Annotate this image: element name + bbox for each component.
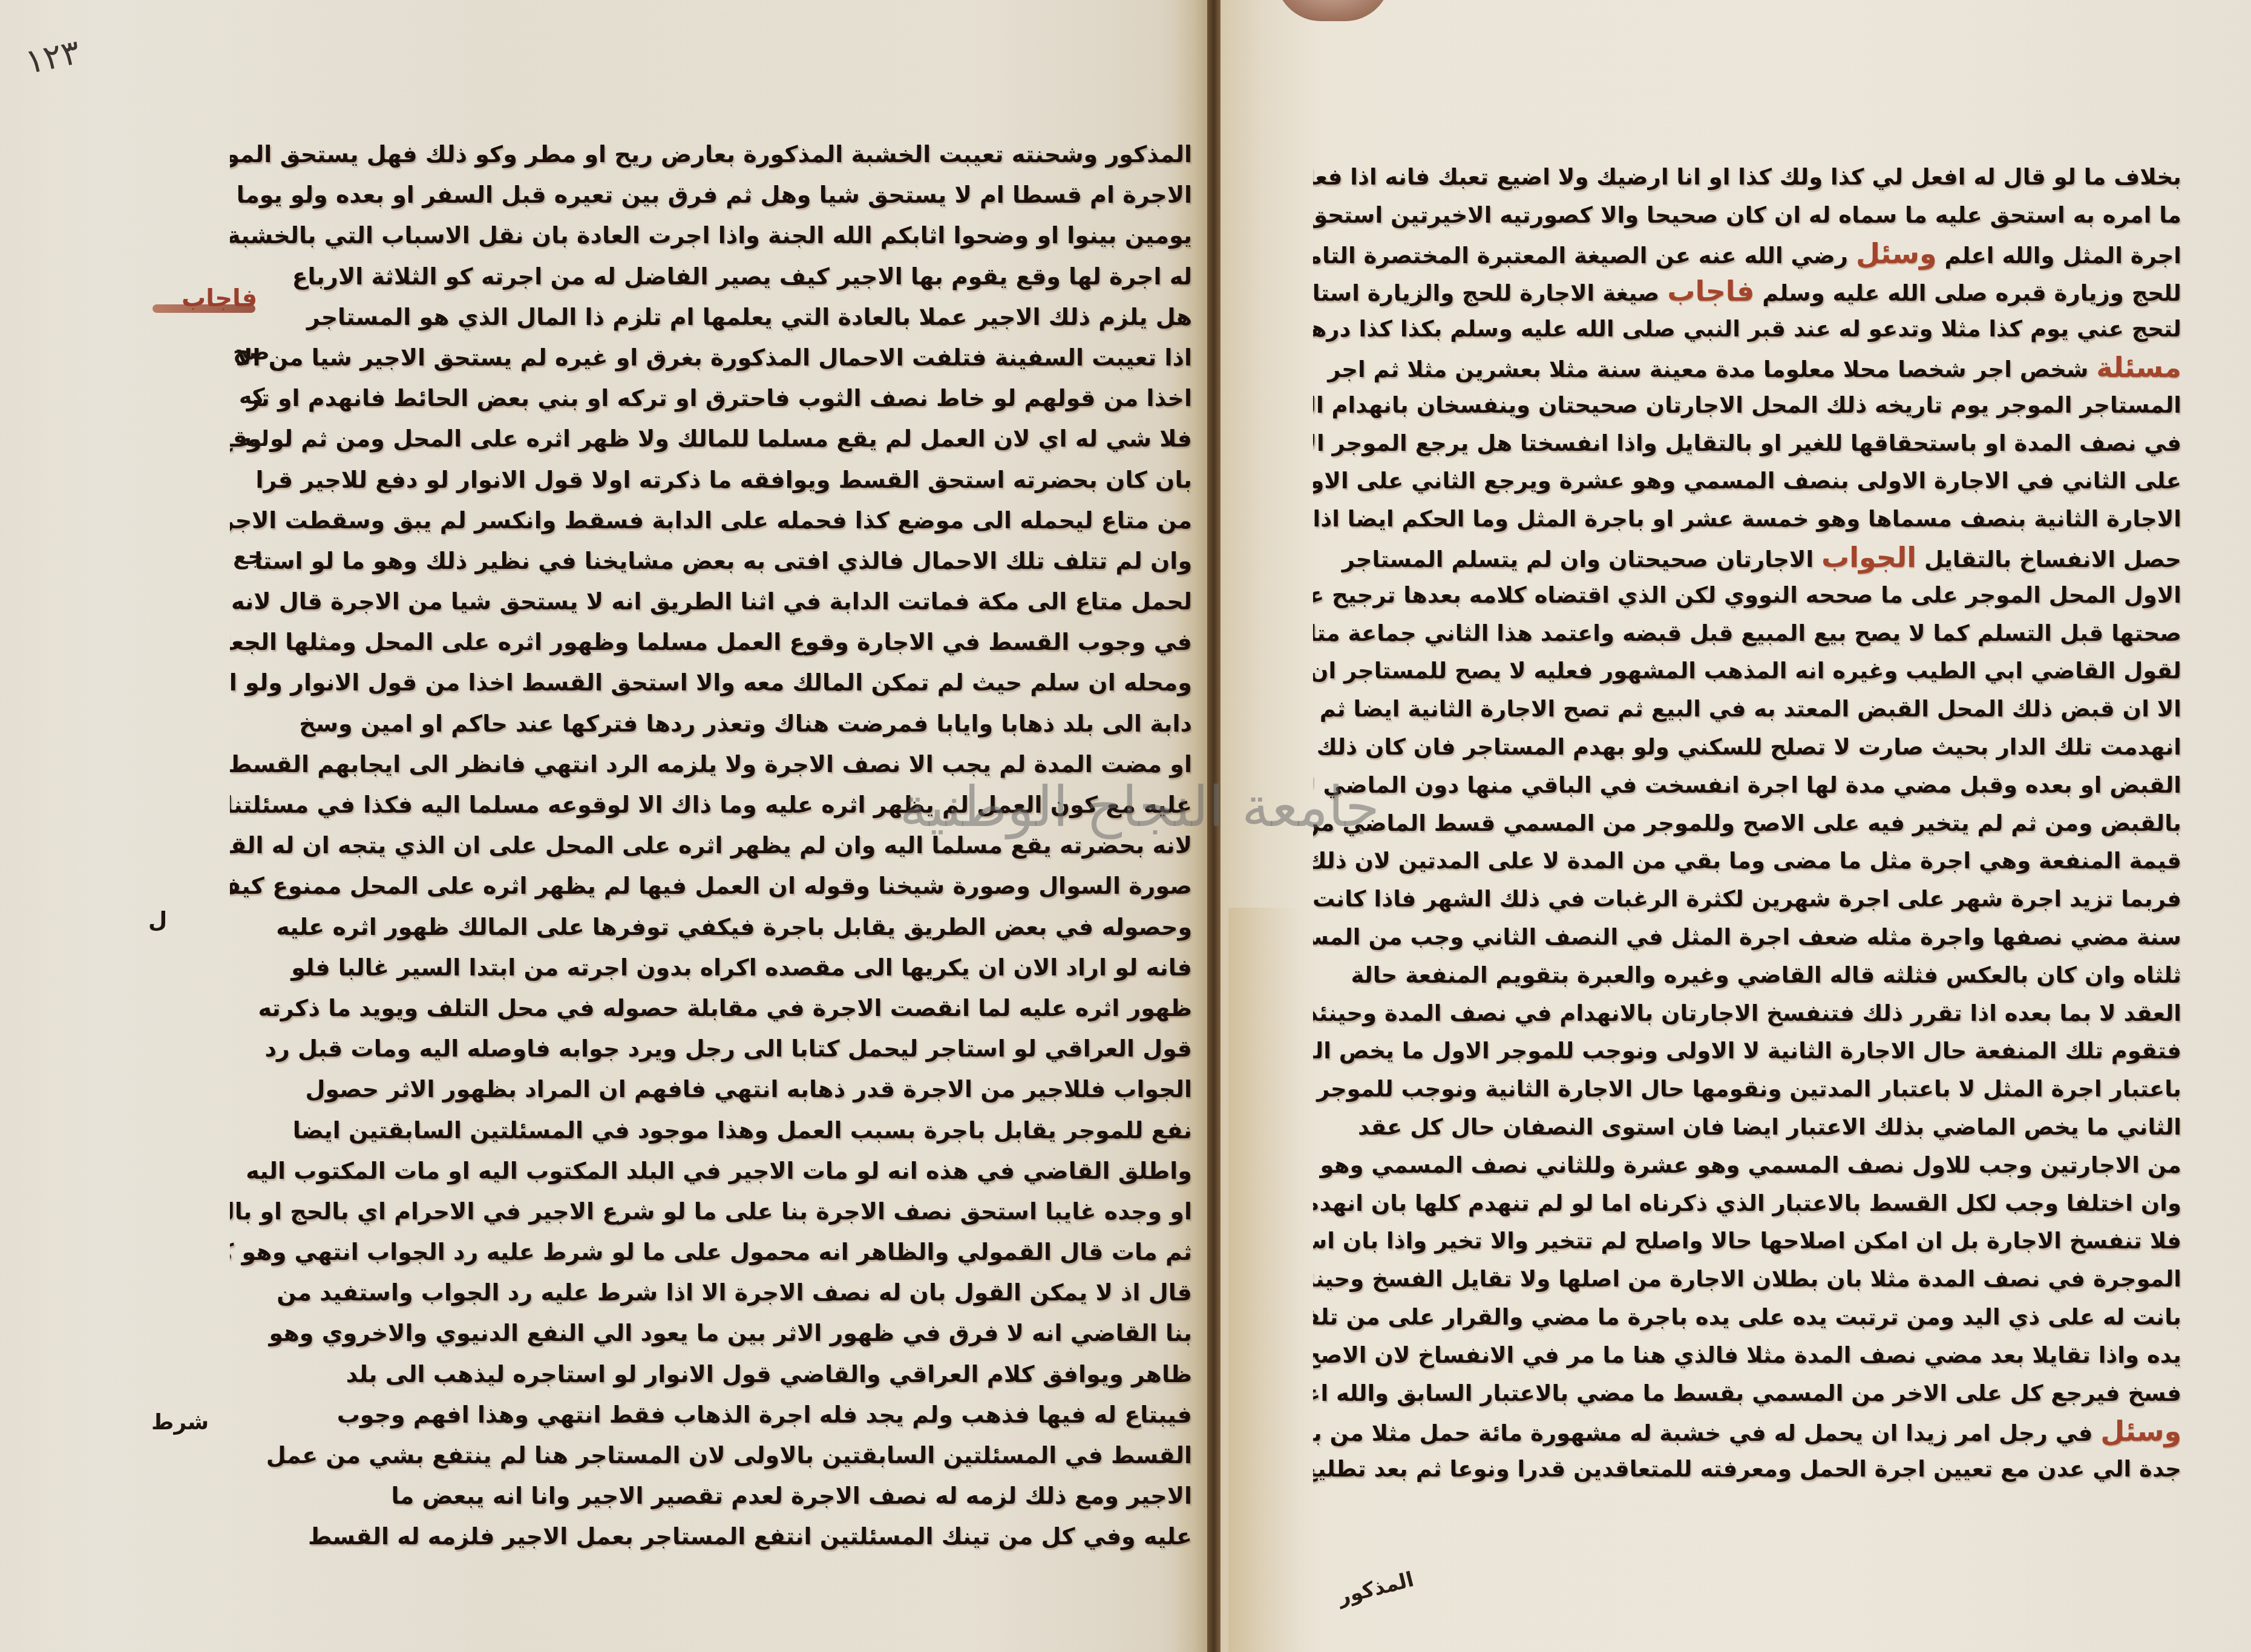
line-text: الاول المحل الموجر على ما صححه النووي لك… <box>1313 582 2181 608</box>
manuscript-line: فتقوم تلك المنفعة حال الاجارة الثانية لا… <box>1313 1032 2181 1070</box>
manuscript-line: يده واذا تقايلا بعد مضي نصف المدة مثلا ف… <box>1313 1337 2181 1375</box>
manuscript-line: الجواب فللاجير من الاجرة قدر ذهابه انتهي… <box>230 1069 1192 1110</box>
manuscript-line: الثاني ما يخص الماضي بذلك الاعتبار ايضا … <box>1313 1109 2181 1147</box>
manuscript-line: بالقبض ومن ثم لم يتخير فيه على الاصح ولل… <box>1313 805 2181 843</box>
line-text: فانه لو اراد الان ان يكريها الى مقصده اك… <box>291 954 1192 981</box>
manuscript-line: او وجده غايبا استحق نصف الاجرة بنا على م… <box>230 1191 1192 1232</box>
manuscript-line: ومحله ان سلم حيث لم تمكن المالك معه والا… <box>230 663 1192 703</box>
line-text: باعتبار اجرة المثل لا باعتبار المدتين ون… <box>1317 1076 2181 1102</box>
line-text: دابة الى بلد ذهابا وايابا فمرضت هناك وتع… <box>299 710 1192 737</box>
manuscript-line: وان لم تتلف تلك الاحمال فالذي افتى به بع… <box>230 541 1192 582</box>
line-text: رضي الله عنه عن الصيغة المعتبرة المختصرة… <box>1313 243 1856 269</box>
manuscript-line: صحتها قبل التسلم كما لا يصح بيع المبيع ق… <box>1313 615 2181 653</box>
line-text: العقد لا بما بعده اذا تقرر ذلك فتنفسخ ال… <box>1313 1000 2181 1026</box>
manuscript-line: بانت له على ذي اليد ومن ترتبت يده على يد… <box>1313 1299 2181 1337</box>
margin-note: لبه <box>239 427 269 451</box>
manuscript-line: المستاجر الموجر يوم تاريخه ذلك المحل الا… <box>1313 387 2181 425</box>
manuscript-line: فسخ فيرجع كل على الاخر من المسمي بقسط ما… <box>1313 1375 2181 1413</box>
manuscript-line: نفع للموجر يقابل باجرة بسبب العمل وهذا م… <box>230 1110 1192 1151</box>
manuscript-line: لحمل متاع الى مكة فماتت الدابة في اثنا ا… <box>230 582 1192 622</box>
manuscript-line: ظهور اثره عليه لما انقصت الاجرة في مقابل… <box>230 988 1192 1029</box>
manuscript-line: انهدمت تلك الدار بحيث صارت لا تصلح للسكن… <box>1313 729 2181 767</box>
line-text: بنا القاضي انه لا فرق في ظهور الاثر بين … <box>269 1320 1192 1346</box>
line-text: لتحج عني يوم كذا مثلا وتدعو له عند قبر ا… <box>1313 316 2181 342</box>
manuscript-line: هل يلزم ذلك الاجير عملا بالعادة التي يعل… <box>230 297 1192 338</box>
manuscript-line: المذكور وشحنته تعيبت الخشبة المذكورة بعا… <box>230 134 1192 175</box>
line-text: ثلثاه وان كان بالعكس فثلثه قاله القاضي و… <box>1351 962 2181 988</box>
line-text: القسط في المسئلتين السابقتين بالاولى لان… <box>266 1442 1192 1469</box>
line-text: المستاجر الموجر يوم تاريخه ذلك المحل الا… <box>1313 392 2181 418</box>
manuscript-line: فانه لو اراد الان ان يكريها الى مقصده اك… <box>230 948 1192 988</box>
line-text: وحصوله في بعض الطريق يقابل باجرة فيكفي ت… <box>276 914 1192 940</box>
manuscript-line: القسط في المسئلتين السابقتين بالاولى لان… <box>230 1435 1192 1476</box>
manuscript-line: الاول المحل الموجر على ما صححه النووي لك… <box>1313 577 2181 615</box>
manuscript-line: القبض او بعده وقبل مضي مدة لها اجرة انفس… <box>1313 767 2181 805</box>
manuscript-line: بان كان بحضرته استحق القسط ويوافقه ما ذك… <box>230 460 1192 500</box>
manuscript-line: الاجرة ام قسطا ام لا يستحق شيا وهل ثم فر… <box>230 175 1192 215</box>
rubric-heading: وسئل <box>2100 1415 2181 1447</box>
line-text: ومحله ان سلم حيث لم تمكن المالك معه والا… <box>230 669 1192 696</box>
line-text: هل يلزم ذلك الاجير عملا بالعادة التي يعل… <box>307 304 1192 330</box>
line-text: ظهور اثره عليه لما انقصت الاجرة في مقابل… <box>258 995 1192 1021</box>
line-text: يومين بينوا او وضحوا اثابكم الله الجنة و… <box>230 222 1192 249</box>
line-text: الموجرة في نصف المدة مثلا بان بطلان الاج… <box>1313 1266 2181 1292</box>
margin-note: جع <box>233 545 264 569</box>
line-text: صيغة الاجارة للحج والزيارة استاجرتك <box>1313 280 1667 306</box>
manuscript-line: باعتبار اجرة المثل لا باعتبار المدتين ون… <box>1313 1070 2181 1109</box>
manuscript-line: دابة الى بلد ذهابا وايابا فمرضت هناك وتع… <box>230 704 1192 744</box>
line-text: صورة السوال وصورة شيخنا وقوله ان العمل ف… <box>230 873 1192 899</box>
line-text: بان كان بحضرته استحق القسط ويوافقه ما ذك… <box>255 467 1192 493</box>
manuscript-line: لقول القاضي ابي الطيب وغيره انه المذهب ا… <box>1313 652 2181 690</box>
manuscript-line: من متاع ليحمله الى موضع كذا فحمله على ال… <box>230 500 1192 541</box>
manuscript-line: وان اختلفا وجب لكل القسط بالاعتبار الذي … <box>1313 1185 2181 1223</box>
margin-note-fajab: فاجاب <box>182 284 257 312</box>
line-text: اخذا من قولهم لو خاط نصف الثوب فاحترق او… <box>247 385 1192 411</box>
manuscript-line: مسئلة شخص اجر شخصا محلا معلوما مدة معينة… <box>1313 349 2181 387</box>
line-text: بالقبض ومن ثم لم يتخير فيه على الاصح ولل… <box>1313 810 2181 836</box>
left-page-text: المذكور وشحنته تعيبت الخشبة المذكورة بعا… <box>230 134 1192 1558</box>
margin-note: صح <box>233 340 270 365</box>
manuscript-line: قول العراقي لو استاجر ليحمل كتابا الى رج… <box>230 1029 1192 1069</box>
manuscript-line: لتحج عني يوم كذا مثلا وتدعو له عند قبر ا… <box>1313 310 2181 349</box>
manuscript-line: اجرة المثل والله اعلم وسئل رضي الله عنه … <box>1313 235 2181 273</box>
margin-note: شرط <box>151 1410 209 1435</box>
line-text: يده واذا تقايلا بعد مضي نصف المدة مثلا ف… <box>1313 1342 2181 1368</box>
line-text: الاجارتان صحيحتان وان لم يتسلم المستاجر <box>1342 546 1821 572</box>
manuscript-line: للحج وزيارة قبره صلى الله عليه وسلم فاجا… <box>1313 272 2181 310</box>
manuscript-line: الاجارة الثانية بنصف مسماها وهو خمسة عشر… <box>1313 500 2181 539</box>
line-text: اجرة المثل والله اعلم <box>1937 243 2181 269</box>
manuscript-line: ثلثاه وان كان بالعكس فثلثه قاله القاضي و… <box>1313 957 2181 995</box>
line-text: فتقوم تلك المنفعة حال الاجارة الثانية لا… <box>1313 1038 2181 1064</box>
manuscript-line: فلا شي له اي لان العمل لم يقع مسلما للما… <box>230 419 1192 459</box>
line-text: بخلاف ما لو قال له افعل لي كذا ولك كذا ا… <box>1313 164 2181 190</box>
line-text: الثاني ما يخص الماضي بذلك الاعتبار ايضا … <box>1358 1114 2181 1140</box>
line-text: من متاع ليحمله الى موضع كذا فحمله على ال… <box>230 507 1192 534</box>
line-text: الاجارة الثانية بنصف مسماها وهو خمسة عشر… <box>1313 506 2181 532</box>
manuscript-line: قيمة المنفعة وهي اجرة مثل ما مضى وما بقي… <box>1313 842 2181 880</box>
manuscript-line: وسئل في رجل امر زيدا ان يحمل له في خشبة … <box>1313 1412 2181 1450</box>
line-text: قيمة المنفعة وهي اجرة مثل ما مضى وما بقي… <box>1313 848 2181 874</box>
line-text: سنة مضي نصفها واجرة مثله ضعف اجرة المثل … <box>1313 924 2181 950</box>
line-text: الجواب فللاجير من الاجرة قدر ذهابه انتهي… <box>306 1076 1192 1103</box>
line-text: فيبتاع له فيها فذهب ولم يجد فله اجرة الذ… <box>337 1401 1192 1428</box>
manuscript-line: اخذا من قولهم لو خاط نصف الثوب فاحترق او… <box>230 378 1192 419</box>
manuscript-line: الموجرة في نصف المدة مثلا بان بطلان الاج… <box>1313 1260 2181 1299</box>
line-text: في رجل امر زيدا ان يحمل له في خشبة له مش… <box>1313 1420 2100 1446</box>
line-text: نفع للموجر يقابل باجرة بسبب العمل وهذا م… <box>293 1117 1192 1144</box>
manuscript-line: صورة السوال وصورة شيخنا وقوله ان العمل ف… <box>230 866 1192 906</box>
line-text: الاجرة ام قسطا ام لا يستحق شيا وهل ثم فر… <box>230 182 1192 208</box>
manuscript-line: فلا تنفسخ الاجارة بل ان امكن اصلاحها حال… <box>1313 1222 2181 1260</box>
rubric-heading: مسئلة <box>2096 351 2181 384</box>
line-text: حصل الانفساخ بالتقايل <box>1916 546 2181 572</box>
manuscript-line: يومين بينوا او وضحوا اثابكم الله الجنة و… <box>230 215 1192 256</box>
line-text: ما امره به استحق عليه ما سماه له ان كان … <box>1313 202 2181 228</box>
line-text: واطلق القاضي في هذه انه لو مات الاجير في… <box>246 1158 1192 1184</box>
line-text: انهدمت تلك الدار بحيث صارت لا تصلح للسكن… <box>1313 734 2181 760</box>
line-text: الا ان قبض ذلك المحل القبض المعتد به في … <box>1313 696 2181 722</box>
manuscript-line: في وجوب القسط في الاجارة وقوع العمل مسلم… <box>230 622 1192 663</box>
line-text: وان لم تتلف تلك الاحمال فالذي افتى به بع… <box>254 548 1192 574</box>
manuscript-line: فيبتاع له فيها فذهب ولم يجد فله اجرة الذ… <box>230 1395 1192 1435</box>
manuscript-line: قال اذ لا يمكن القول بان له نصف الاجرة ا… <box>230 1273 1192 1313</box>
line-text: صحتها قبل التسلم كما لا يصح بيع المبيع ق… <box>1313 620 2181 646</box>
manuscript-line: من الاجارتين وجب للاول نصف المسمي وهو عش… <box>1313 1147 2181 1185</box>
rubric-heading: فاجاب <box>1667 275 1754 307</box>
line-text: اذا تعيبت السفينة فتلفت الاحمال المذكورة… <box>235 344 1192 371</box>
manuscript-line: الاجير ومع ذلك لزمه له نصف الاجرة لعدم ت… <box>230 1476 1192 1516</box>
rubric-heading: الجواب <box>1821 541 1916 574</box>
line-text: القبض او بعده وقبل مضي مدة لها اجرة انفس… <box>1313 772 2181 798</box>
margin-note: ل <box>148 908 167 933</box>
margin-note: كه <box>239 384 265 409</box>
manuscript-line: حصل الانفساخ بالتقايل الجواب الاجارتان ص… <box>1313 539 2181 577</box>
library-watermark: جامعة النجاح الوطنية <box>944 775 1380 839</box>
line-text: ثم مات قال القمولي والظاهر انه محمول على… <box>230 1239 1192 1265</box>
manuscript-line: بخلاف ما لو قال له افعل لي كذا ولك كذا ا… <box>1313 159 2181 197</box>
manuscript-line: سنة مضي نصفها واجرة مثله ضعف اجرة المثل … <box>1313 919 2181 957</box>
manuscript-line: ثم مات قال القمولي والظاهر انه محمول على… <box>230 1232 1192 1273</box>
manuscript-line: في نصف المدة او باستحقاقها للغير او بالت… <box>1313 425 2181 463</box>
right-page-text: بخلاف ما لو قال له افعل لي كذا ولك كذا ا… <box>1313 159 2181 1489</box>
manuscript-line: وحصوله في بعض الطريق يقابل باجرة فيكفي ت… <box>230 907 1192 948</box>
line-text: بانت له على ذي اليد ومن ترتبت يده على يد… <box>1313 1304 2181 1330</box>
manuscript-spread: ١٢٣ المذكور وشحنته تعيبت الخشبة المذكورة… <box>0 0 2251 1652</box>
line-text: من الاجارتين وجب للاول نصف المسمي وهو عش… <box>1313 1152 2181 1178</box>
line-text: في وجوب القسط في الاجارة وقوع العمل مسلم… <box>230 629 1192 655</box>
line-text: او مضت المدة لم يجب الا نصف الاجرة ولا ي… <box>230 751 1192 778</box>
manuscript-line: فربما تزيد اجرة شهر على اجرة شهرين لكثرة… <box>1313 880 2181 919</box>
manuscript-line: بنا القاضي انه لا فرق في ظهور الاثر بين … <box>230 1313 1192 1354</box>
manuscript-line: الا ان قبض ذلك المحل القبض المعتد به في … <box>1313 690 2181 729</box>
manuscript-line: له اجرة لها وقع يقوم بها الاجير كيف يصير… <box>230 257 1192 297</box>
line-text: قول العراقي لو استاجر ليحمل كتابا الى رج… <box>264 1035 1192 1062</box>
line-text: ظاهر ويوافق كلام العراقي والقاضي قول الا… <box>346 1361 1192 1388</box>
manuscript-line: عليه وفي كل من تينك المسئلتين انتفع المس… <box>230 1516 1192 1557</box>
line-text: قال اذ لا يمكن القول بان له نصف الاجرة ا… <box>277 1279 1192 1306</box>
line-text: المذكور وشحنته تعيبت الخشبة المذكورة بعا… <box>230 141 1192 168</box>
line-text: لقول القاضي ابي الطيب وغيره انه المذهب ا… <box>1313 658 2181 684</box>
manuscript-line: واطلق القاضي في هذه انه لو مات الاجير في… <box>230 1151 1192 1191</box>
line-text: فلا تنفسخ الاجارة بل ان امكن اصلاحها حال… <box>1313 1228 2181 1254</box>
line-text: جدة الي عدن مع تعيين اجرة الحمل ومعرفته … <box>1313 1456 2181 1482</box>
line-text: فسخ فيرجع كل على الاخر من المسمي بقسط ما… <box>1313 1380 2181 1406</box>
line-text: وان اختلفا وجب لكل القسط بالاعتبار الذي … <box>1313 1190 2181 1216</box>
line-text: فربما تزيد اجرة شهر على اجرة شهرين لكثرة… <box>1313 886 2181 912</box>
manuscript-line: اذا تعيبت السفينة فتلفت الاحمال المذكورة… <box>230 338 1192 378</box>
water-stain <box>1228 908 1301 1652</box>
line-text: للحج وزيارة قبره صلى الله عليه وسلم <box>1754 280 2181 306</box>
rubric-heading: وسئل <box>1856 237 1937 270</box>
line-text: او وجده غايبا استحق نصف الاجرة بنا على م… <box>230 1198 1192 1225</box>
manuscript-line: على الثاني في الاجارة الاولى بنصف المسمي… <box>1313 462 2181 500</box>
manuscript-line: العقد لا بما بعده اذا تقرر ذلك فتنفسخ ال… <box>1313 995 2181 1033</box>
manuscript-line: ظاهر ويوافق كلام العراقي والقاضي قول الا… <box>230 1354 1192 1395</box>
line-text: عليه وفي كل من تينك المسئلتين انتفع المس… <box>308 1523 1192 1550</box>
line-text: له اجرة لها وقع يقوم بها الاجير كيف يصير… <box>292 263 1192 290</box>
line-text: شخص اجر شخصا محلا معلوما مدة معينة سنة م… <box>1328 356 2096 382</box>
line-text: الاجير ومع ذلك لزمه له نصف الاجرة لعدم ت… <box>391 1483 1192 1509</box>
line-text: في نصف المدة او باستحقاقها للغير او بالت… <box>1313 430 2181 456</box>
manuscript-line: جدة الي عدن مع تعيين اجرة الحمل ومعرفته … <box>1313 1450 2181 1489</box>
manuscript-line: ما امره به استحق عليه ما سماه له ان كان … <box>1313 197 2181 235</box>
line-text: فلا شي له اي لان العمل لم يقع مسلما للما… <box>230 425 1192 452</box>
line-text: على الثاني في الاجارة الاولى بنصف المسمي… <box>1313 468 2181 494</box>
line-text: لحمل متاع الى مكة فماتت الدابة في اثنا ا… <box>230 588 1192 615</box>
